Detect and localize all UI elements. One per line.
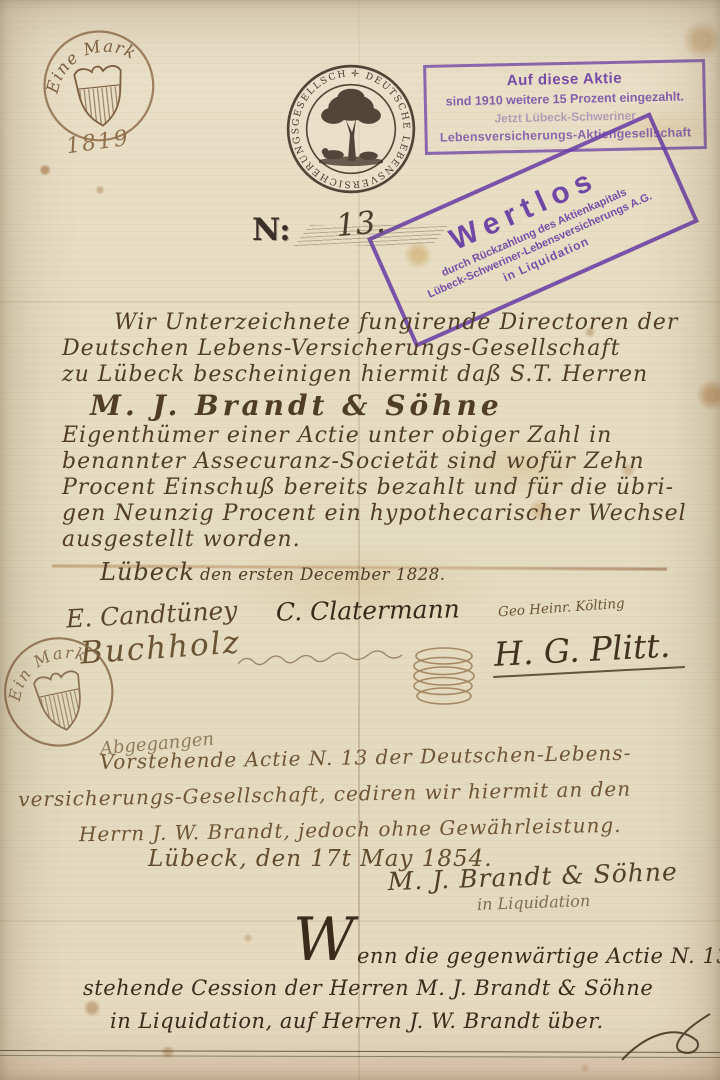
company-seal: ✛ DEUTSCHE LEBENSVERSICHERUNGSGESELLSCHA… <box>284 62 418 196</box>
transfer-text: W enn die gegenwärtige Actie N. 13 durch… <box>75 922 653 1038</box>
certificate-body-text: Wir Unterzeichnete fungirende Directoren… <box>62 310 687 553</box>
director-signature-2: C. Clatermann <box>276 594 460 626</box>
company-seal-icon: ✛ DEUTSCHE LEBENSVERSICHERUNGSGESELLSCHA… <box>284 62 418 196</box>
shareholder-name: M. J. Brandt & Söhne <box>90 388 687 423</box>
body-line: ausgestellt worden. <box>62 527 687 553</box>
transfer-initial: W <box>293 910 355 970</box>
body-line: Eigenthümer einer Actie unter obiger Zah… <box>62 423 687 449</box>
issue-date: den ersten December 1828. <box>200 565 445 584</box>
body-line: Deutschen Lebens-Versicherungs-Gesellsch… <box>62 336 687 362</box>
share-number-value: 13. <box>335 204 387 244</box>
body-line: Procent Einschuß bereits bezahlt und für… <box>62 475 687 501</box>
illegible-note-flourish <box>236 648 416 672</box>
payment-stamp: Auf diese Aktie sind 1910 weitere 15 Pro… <box>423 59 707 155</box>
pen-flourish-icon <box>618 1008 718 1068</box>
issue-place: Lübeck <box>100 558 195 586</box>
payment-stamp-line2: sind 1910 weitere 15 Prozent eingezahlt. <box>429 89 701 109</box>
share-number-prefix: N: <box>252 212 291 248</box>
director-signature-5: H. G. Plitt. <box>491 625 685 678</box>
bottom-rule-line <box>0 1050 720 1053</box>
transfer-line2: stehende Cession der Herren M. J. Brandt… <box>83 972 653 1005</box>
body-line: zu Lübeck bescheinigen hiermit daß S.T. … <box>62 362 687 388</box>
body-line: Wir Unterzeichnete fungirende Directoren… <box>114 310 687 336</box>
certificate-document: Eine Mark 1819 ✛ DEUTSCHE LEBENSVERSICHE… <box>0 0 720 1080</box>
director-signature-3: Geo Heinr. Költing <box>498 596 626 621</box>
payment-stamp-line3: Jetzt Lübeck-Schweriner <box>429 107 701 127</box>
bottom-paper-strip <box>0 1058 720 1080</box>
body-line: benannter Assecuranz-Societät sind wofür… <box>62 449 687 475</box>
issue-dateline: Lübeck den ersten December 1828. <box>100 558 445 586</box>
transfer-line1: enn die gegenwärtige Actie N. 13 durch v… <box>357 944 720 968</box>
body-line: gen Neunzig Procent ein hypothecarischer… <box>62 501 687 527</box>
horizontal-fold-crease-upper <box>0 301 720 303</box>
cession-text: Abgegangen Vorstehende Actie N. 13 der D… <box>17 709 633 854</box>
payment-stamp-line1: Auf diese Aktie <box>428 68 700 91</box>
transfer-line3: in Liquidation, auf Herren J. W. Brandt … <box>110 1005 653 1038</box>
brandt-signature-block: M. J. Brandt & Söhne in Liquidation <box>387 857 679 917</box>
